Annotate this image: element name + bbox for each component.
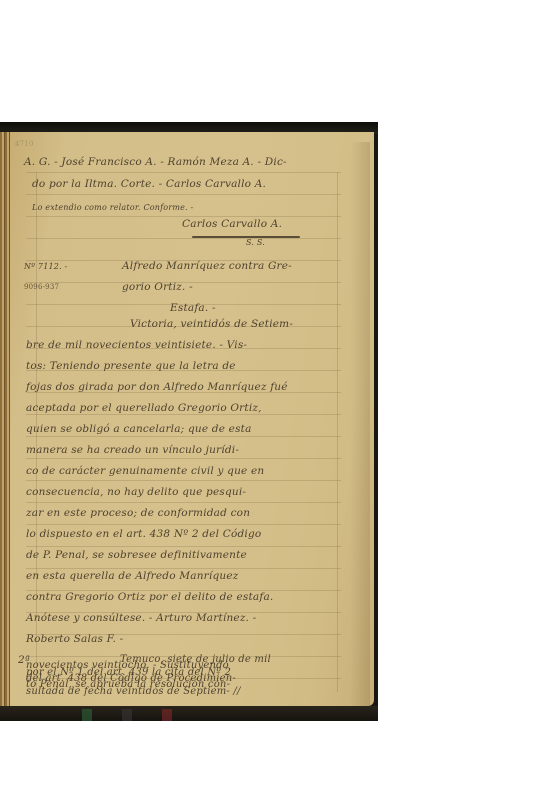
body-line: consecuencia, no hay delito que pesqui- [26, 486, 246, 498]
body-line: en esta querella de Alfredo Manríquez [26, 570, 238, 582]
body-line: Victoria, veintidós de Setiem- [130, 318, 293, 330]
header-line-2: do por la Iltma. Corte. - Carlos Carvall… [32, 178, 266, 190]
body-line: Roberto Salas F. - [26, 633, 123, 645]
case-title-line-1: Alfredo Manríquez contra Gre- [122, 260, 292, 272]
body-line: Anótese y consúltese. - Arturo Martínez.… [26, 612, 256, 624]
body-line: contra Gregorio Ortiz por el delito de e… [26, 591, 273, 603]
second-entry-line: sultada de fecha veintidós de Septiem- /… [26, 686, 241, 697]
ruled-line [26, 458, 341, 459]
folio-number: 4710 [15, 140, 34, 148]
case-reference: 9096-937 [24, 283, 59, 291]
body-line: manera se ha creado un vínculo jurídi- [26, 444, 239, 456]
ribbon-marker-green [82, 709, 92, 721]
header-line-1: A. G. - José Francisco A. - Ramón Meza A… [24, 156, 287, 168]
page-shadow [350, 142, 370, 716]
body-line: co de carácter genuinamente civil y que … [26, 465, 264, 477]
ribbon-marker-red [162, 709, 172, 721]
body-line: aceptada por el querellado Gregorio Orti… [26, 402, 262, 414]
header-signature: Carlos Carvallo A. [182, 218, 282, 230]
ribbon-marker-dark [122, 709, 132, 721]
case-number: Nº 7112. - [24, 262, 67, 271]
book-bottom-edge [0, 706, 378, 721]
body-line: lo dispuesto en el art. 438 Nº 2 del Cód… [26, 528, 261, 540]
body-line: bre de mil novecientos veintisiete. - Vi… [26, 339, 247, 351]
body-line: de P. Penal, se sobresee definitivamente [26, 549, 247, 561]
body-line: fojas dos girada por don Alfredo Manríqu… [26, 381, 288, 393]
ruled-line [26, 238, 341, 239]
ledger-page: 4710 A. G. - José Francisco A. - Ramón M… [10, 132, 374, 706]
ruled-line [26, 216, 341, 217]
body-line: quien se obligó a cancelarla; que de est… [26, 423, 252, 435]
document-photo: 4710 A. G. - José Francisco A. - Ramón M… [0, 122, 378, 721]
case-title-line-2: gorio Ortiz. - [122, 281, 193, 293]
ruled-line [26, 436, 341, 437]
body-line: tos: Teniendo presente que la letra de [26, 360, 236, 372]
body-line: zar en este proceso; de conformidad con [26, 507, 250, 519]
ruled-line [26, 502, 341, 503]
ruled-line [26, 524, 341, 525]
ruled-line [26, 414, 341, 415]
ruled-line [26, 194, 341, 195]
ruled-line [26, 480, 341, 481]
ruled-line [26, 568, 341, 569]
ruled-line [26, 172, 341, 173]
ruled-line [26, 546, 341, 547]
header-line-3: Lo extendio como relator. Conforme. - [32, 203, 193, 212]
signature-sub: S. S. [246, 238, 265, 247]
case-subject: Estafa. - [170, 302, 216, 314]
